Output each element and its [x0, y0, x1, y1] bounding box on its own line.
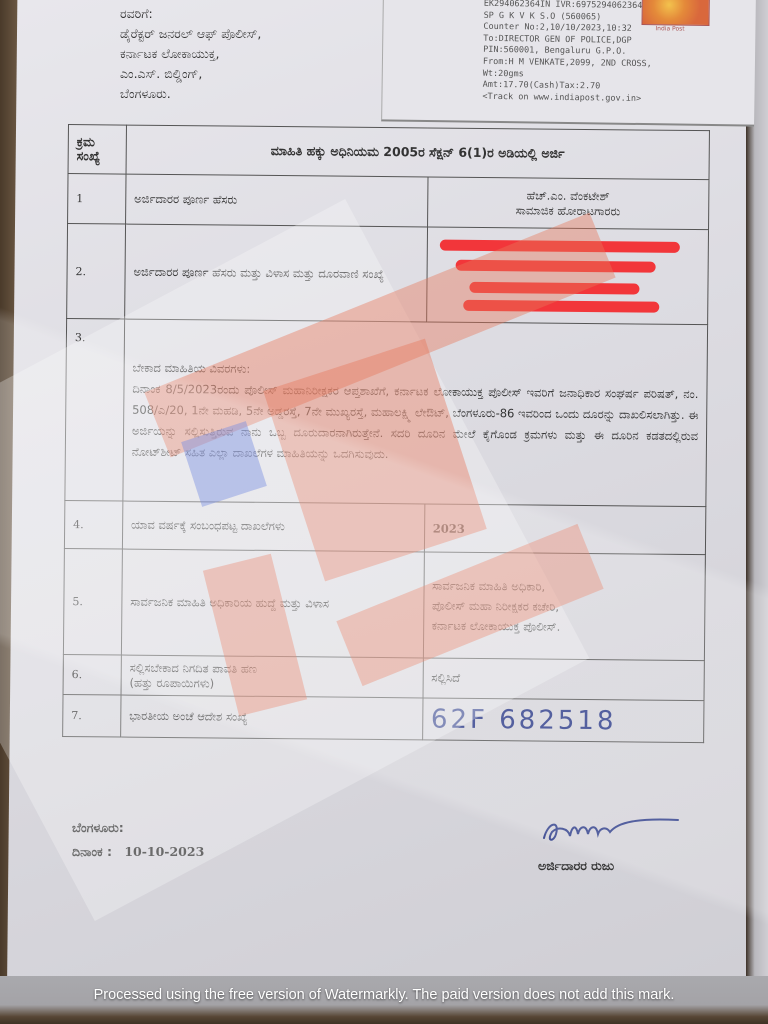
date-value: 10-10-2023: [124, 844, 204, 859]
row-label: ಸಲ್ಲಿಸಬೇಕಾದ ನಿಗದಿತ ಪಾವತಿ ಹಣ (ಹತ್ತು ರೂಪಾಯ…: [121, 655, 423, 698]
table-row: 1 ಅರ್ಜಿದಾರರ ಪೂರ್ಣ ಹೆಸರು ಹೆಚ್.ಎಂ. ವೆಂಕಟೇಶ…: [68, 174, 709, 230]
row-value: ಸಾರ್ವಜನಿಕ ಮಾಹಿತಿ ಅಧಿಕಾರಿ, ಪೊಲೀಸ್ ಮಹಾ ನಿರ…: [423, 552, 705, 661]
row-value: ಹೆಚ್.ಎಂ. ವೆಂಕಟೇಶ್ ಸಾಮಾಜಿಕ ಹೋರಾಟಗಾರರು: [427, 177, 709, 230]
receipt-text: EK294062364IN IVR:6975294062364 SP G K V…: [482, 0, 652, 106]
table-row: 7. ಭಾರತೀಯ ಅಂಚೆ ಆದೇಶ ಸಂಖ್ಯೆ 62F 682518: [63, 694, 704, 742]
postal-receipt: EK294062364IN IVR:6975294062364 SP G K V…: [381, 0, 756, 127]
addressee-block: ರವರಿಗೆ: ಡೈರೆಕ್ಟರ್ ಜನರಲ್ ಆಫ್ ಪೊಲೀಸ್, ಕರ್ನ…: [120, 4, 261, 104]
addressee-line: ಎಂ.ಎಸ್. ಬಿಲ್ಡಿಂಗ್,: [120, 64, 261, 84]
table-row: 4. ಯಾವ ವರ್ಷಕ್ಕೆ ಸಂಬಂಧಪಟ್ಟ ದಾಖಲೆಗಳು 2023: [64, 500, 705, 554]
addressee-line: ಕರ್ನಾಟಕ ಲೋಕಾಯುಕ್ತ,: [120, 44, 261, 64]
fee-status: ಸಲ್ಲಿಸಿದೆ: [423, 658, 705, 701]
row-label: ಅರ್ಜಿದಾರರ ಪೂರ್ಣ ಹೆಸರು: [125, 174, 427, 227]
row-label: ಅರ್ಜಿದಾರರ ಪೂರ್ಣ ಹೆಸರು ಮತ್ತು ವಿಳಾಸ ಮತ್ತು …: [125, 224, 428, 322]
row-number: 6.: [63, 654, 121, 695]
table-header-row: ಕ್ರಮ ಸಂಖ್ಯೆ ಮಾಹಿತಿ ಹಕ್ಕು ಅಧಿನಿಯಮ 2005ರ ಸ…: [68, 125, 709, 180]
redaction-bar: [469, 282, 639, 295]
postal-order-number: 62F 682518: [422, 698, 704, 743]
officer-line: ಪೊಲೀಸ್ ಮಹಾ ನಿರೀಕ್ಷಕರ ಕಚೇರಿ,: [432, 595, 697, 618]
date-line: ದಿನಾಂಕ : 10-10-2023: [72, 844, 204, 860]
table-row: 6. ಸಲ್ಲಿಸಬೇಕಾದ ನಿಗದಿತ ಪಾವತಿ ಹಣ (ಹತ್ತು ರೂ…: [63, 654, 704, 700]
row-number: 7.: [63, 694, 121, 737]
signature-label: ಅರ್ಜಿದಾರರ ರುಜು: [538, 858, 614, 874]
redaction-block: [435, 232, 700, 321]
row-number: 4.: [64, 500, 122, 549]
signature-icon: [538, 812, 688, 848]
table-row: 2. ಅರ್ಜಿದಾರರ ಪೂರ್ಣ ಹೆಸರು ಮತ್ತು ವಿಳಾಸ ಮತ್…: [67, 224, 709, 325]
redaction-bar: [455, 260, 655, 273]
row-number: 2.: [67, 224, 126, 320]
paper-edge: [746, 0, 768, 1024]
table-row: 5. ಸಾರ್ವಜನಿಕ ಮಾಹಿತಿ ಅಧಿಕಾರಿಯ ಹುದ್ದೆ ಮತ್ತ…: [63, 548, 705, 660]
redaction-bar: [463, 300, 659, 313]
rti-application-table: ಕ್ರಮ ಸಂಖ್ಯೆ ಮಾಹಿತಿ ಹಕ್ಕು ಅಧಿನಿಯಮ 2005ರ ಸ…: [62, 124, 710, 743]
stamp-label: India Post: [655, 25, 684, 32]
row-number: 3.: [65, 318, 125, 501]
row-label: ಯಾವ ವರ್ಷಕ್ಕೆ ಸಂಬಂಧಪಟ್ಟ ದಾಖಲೆಗಳು: [122, 501, 424, 552]
india-post-logo-icon: [641, 0, 709, 26]
row-number: 5.: [63, 548, 122, 655]
form-title: ಮಾಹಿತಿ ಹಕ್ಕು ಅಧಿನಿಯಮ 2005ರ ಸೆಕ್ಷನ್ 6(1)ರ…: [126, 125, 710, 180]
date-label: ದಿನಾಂಕ :: [72, 844, 112, 859]
redaction-bar: [439, 240, 679, 253]
row-number: 1: [68, 174, 126, 225]
addressee-line: ಡೈರೆಕ್ಟರ್ ಜನರಲ್ ಆಫ್ ಪೊಲೀಸ್,: [120, 24, 261, 44]
records-year: 2023: [424, 504, 706, 555]
applicant-designation: ಸಾಮಾಜಿಕ ಹೋರಾಟಗಾರರು: [436, 202, 701, 220]
serial-number-header: ಕ್ರಮ ಸಂಖ್ಯೆ: [68, 125, 126, 175]
receipt-line: <Track on www.indiapost.gov.in>: [482, 92, 651, 106]
row-label: ಸಾರ್ವಜನಿಕ ಮಾಹಿತಿ ಅಧಿಕಾರಿಯ ಹುದ್ದೆ ಮತ್ತು ವ…: [121, 549, 424, 658]
place-label: ಬೆಂಗಳೂರು:: [72, 820, 124, 836]
officer-line: ಸಾರ್ವಜನಿಕ ಮಾಹಿತಿ ಅಧಿಕಾರಿ,: [432, 575, 697, 598]
row-label: ಭಾರತೀಯ ಅಂಚೆ ಆದೇಶ ಸಂಖ್ಯೆ: [121, 695, 423, 740]
requested-information: ಬೇಕಾದ ಮಾಹಿತಿಯ ವಿವರಗಳು: ದಿನಾಂಕ 8/5/2023ರಂ…: [123, 319, 708, 507]
officer-line: ಕರ್ನಾಟಕ ಲೋಕಾಯುಕ್ತ ಪೊಲೀಸ್.: [432, 615, 697, 638]
addressee-line: ರವರಿಗೆ:: [120, 4, 261, 24]
watermark-notice: Processed using the free version of Wate…: [0, 987, 768, 1003]
details-text: ದಿನಾಂಕ 8/5/2023ರಂದು ಪೊಲೀಸ್ ಮಹಾನಿರೀಕ್ಷಕರ …: [132, 379, 699, 468]
fee-amount-label: (ಹತ್ತು ರೂಪಾಯಿಗಳು): [129, 675, 414, 693]
table-row: 3. ಬೇಕಾದ ಮಾಹಿತಿಯ ವಿವರಗಳು: ದಿನಾಂಕ 8/5/202…: [65, 318, 708, 506]
redacted-address: [426, 227, 708, 325]
addressee-line: ಬೆಂಗಳೂರು.: [120, 84, 261, 104]
